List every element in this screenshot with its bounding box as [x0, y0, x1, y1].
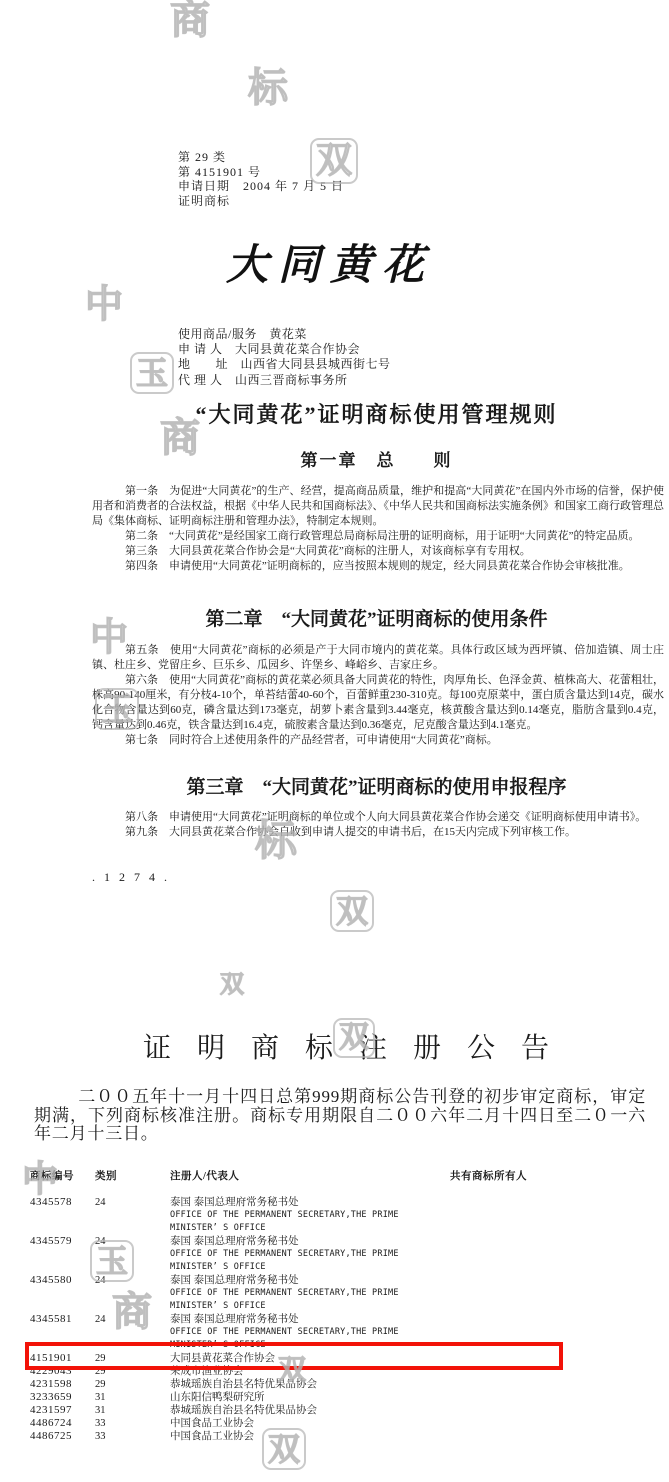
trademark-number: 4231598 — [30, 1378, 95, 1391]
chapter3-articles: 第八条 申请使用“大同黄花”证明商标的单位或个人向大同县黄花菜合作协会递交《证明… — [92, 810, 664, 840]
registrant-name: 泰国 泰国总理府常务秘书处 — [170, 1274, 450, 1287]
registrant-name: 泰国 泰国总理府常务秘书处 — [170, 1313, 450, 1326]
class-number: 33 — [95, 1430, 170, 1443]
chapter1-title: 第一章 总 则 — [90, 446, 663, 471]
header-class: 类别 — [95, 1168, 170, 1183]
article-2: 第二条 “大同黄花”是经国家工商行政管理总局商标局注册的证明商标，用于证明“大同… — [92, 529, 664, 544]
article-6: 第六条 使用“大同黄花”商标的黄花菜必须具备大同黄花的特性，肉厚角长、色泽金黄、… — [92, 673, 664, 733]
table-row: 3233659 31 山东阳信鸭梨研究所 — [30, 1391, 662, 1404]
rules-title: “大同黄花”证明商标使用管理规则 — [90, 398, 663, 429]
chapter2-title: 第二章 “大同黄花”证明商标的使用条件 — [90, 604, 663, 631]
article-3: 第三条 大同县黄花菜合作协会是“大同黄花”商标的注册人，对该商标享有专用权。 — [92, 544, 664, 559]
mark-type-line: 证明商标 — [178, 194, 344, 209]
trademark-calligraphy: 大同黄花 — [90, 232, 570, 292]
registrant-name-en: MINISTER’ S OFFICE — [170, 1222, 450, 1235]
table-row: 4486724 33 中国食品工业协会 — [30, 1417, 662, 1430]
trademark-number: 4486725 — [30, 1430, 95, 1443]
agent-line: 代 理 人 山西三晋商标事务所 — [178, 373, 391, 388]
registrant: 泰国 泰国总理府常务秘书处 OFFICE OF THE PERMANENT SE… — [170, 1196, 450, 1235]
trademark-number: 4345581 — [30, 1313, 95, 1326]
registrant-name-en: OFFICE OF THE PERMANENT SECRETARY,THE PR… — [170, 1287, 450, 1300]
registrant-name-en: OFFICE OF THE PERMANENT SECRETARY,THE PR… — [170, 1326, 450, 1339]
registrant: 恭城瑶族自治县名特优果品协会 — [170, 1404, 450, 1417]
class-number: 33 — [95, 1417, 170, 1430]
class-number: 29 — [95, 1378, 170, 1391]
class-number: 24 — [95, 1313, 170, 1326]
article-4: 第四条 申请使用“大同黄花”证明商标的，应当按照本规则的规定，经大同县黄花菜合作… — [92, 559, 664, 574]
trademark-number: 4231597 — [30, 1404, 95, 1417]
registrant: 中国食品工业协会 — [170, 1430, 450, 1443]
header-registrant: 注册人/代表人 — [170, 1168, 450, 1183]
registrant-name-en: MINISTER’ S OFFICE — [170, 1300, 450, 1313]
registrant-name-en: OFFICE OF THE PERMANENT SECRETARY,THE PR… — [170, 1248, 450, 1261]
applicant-block: 使用商品/服务 黄花菜 申 请 人 大同县黄花菜合作协会 地 址 山西省大同县县… — [178, 327, 391, 388]
registration-table: 商标编号 类别 注册人/代表人 共有商标所有人 4345578 24 泰国 泰国… — [30, 1168, 662, 1443]
document-page: 第 29 类 第 4151901 号 申请日期 2004 年 7 月 5 日 证… — [0, 0, 669, 1482]
header-co-owner: 共有商标所有人 — [450, 1168, 662, 1183]
registrant: 泰国 泰国总理府常务秘书处 OFFICE OF THE PERMANENT SE… — [170, 1274, 450, 1313]
table-row: 4345579 24 泰国 泰国总理府常务秘书处 OFFICE OF THE P… — [30, 1235, 662, 1274]
table-body: 4345578 24 泰国 泰国总理府常务秘书处 OFFICE OF THE P… — [30, 1196, 662, 1443]
class-number: 24 — [95, 1274, 170, 1287]
trademark-number: 4345579 — [30, 1235, 95, 1248]
trademark-number: 3233659 — [30, 1391, 95, 1404]
trademark-info-block: 第 29 类 第 4151901 号 申请日期 2004 年 7 月 5 日 证… — [178, 150, 344, 208]
chapter1-articles: 第一条 为促进“大同黄花”的生产、经营，提高商品质量，维护和提高“大同黄花”在国… — [92, 484, 664, 574]
trademark-number: 4345578 — [30, 1196, 95, 1209]
table-row: 4231598 29 恭城瑶族自治县名特优果品协会 — [30, 1378, 662, 1391]
announcement-intro: 二００五年十一月十四日总第999期商标公告刊登的初步审定商标，审定期满，下列商标… — [34, 1088, 646, 1144]
registrant: 中国食品工业协会 — [170, 1417, 450, 1430]
article-9: 第九条 大同县黄花菜合作协会自收到申请人提交的申请书后，在15天内完成下列审核工… — [92, 825, 664, 840]
article-7: 第七条 同时符合上述使用条件的产品经营者，可申请使用“大同黄花”商标。 — [92, 733, 664, 748]
registrant: 恭城瑶族自治县名特优果品协会 — [170, 1378, 450, 1391]
goods-services-line: 使用商品/服务 黄花菜 — [178, 327, 391, 342]
table-row: 4345580 24 泰国 泰国总理府常务秘书处 OFFICE OF THE P… — [30, 1274, 662, 1313]
registrant-name: 恭城瑶族自治县名特优果品协会 — [170, 1378, 450, 1391]
table-row: 4231597 31 恭城瑶族自治县名特优果品协会 — [30, 1404, 662, 1417]
class-number: 31 — [95, 1404, 170, 1417]
chapter3-title: 第三章 “大同黄花”证明商标的使用申报程序 — [90, 772, 663, 799]
registrant-name: 泰国 泰国总理府常务秘书处 — [170, 1196, 450, 1209]
application-date-line: 申请日期 2004 年 7 月 5 日 — [178, 179, 344, 194]
article-8: 第八条 申请使用“大同黄花”证明商标的单位或个人向大同县黄花菜合作协会递交《证明… — [92, 810, 664, 825]
registrant-name-en: MINISTER’ S OFFICE — [170, 1261, 450, 1274]
table-row: 4345578 24 泰国 泰国总理府常务秘书处 OFFICE OF THE P… — [30, 1196, 662, 1235]
trademark-number: 4486724 — [30, 1417, 95, 1430]
trademark-number: 4345580 — [30, 1274, 95, 1287]
article-5: 第五条 使用“大同黄花”商标的必须是产于大同市境内的黄花菜。具体行政区域为西坪镇… — [92, 643, 664, 673]
registrant-name-en: OFFICE OF THE PERMANENT SECRETARY,THE PR… — [170, 1209, 450, 1222]
address-line: 地 址 山西省大同县县城西街七号 — [178, 357, 391, 372]
highlight-box — [25, 1342, 563, 1370]
table-header-row: 商标编号 类别 注册人/代表人 共有商标所有人 — [30, 1168, 662, 1183]
class-number: 31 — [95, 1391, 170, 1404]
class-line: 第 29 类 — [178, 150, 344, 165]
announcement-title: 证明商标注册公告 — [30, 1026, 662, 1066]
table-row: 4486725 33 中国食品工业协会 — [30, 1430, 662, 1443]
registrant-name: 泰国 泰国总理府常务秘书处 — [170, 1235, 450, 1248]
applicant-line: 申 请 人 大同县黄花菜合作协会 — [178, 342, 391, 357]
registrant: 山东阳信鸭梨研究所 — [170, 1391, 450, 1404]
class-number: 24 — [95, 1196, 170, 1209]
article-1: 第一条 为促进“大同黄花”的生产、经营，提高商品质量，维护和提高“大同黄花”在国… — [92, 484, 664, 529]
registrant-name: 中国食品工业协会 — [170, 1417, 450, 1430]
header-trademark-number: 商标编号 — [30, 1168, 95, 1183]
registrant-name: 中国食品工业协会 — [170, 1430, 450, 1443]
registrant-name: 恭城瑶族自治县名特优果品协会 — [170, 1404, 450, 1417]
registrant-name: 山东阳信鸭梨研究所 — [170, 1391, 450, 1404]
registration-number-line: 第 4151901 号 — [178, 165, 344, 180]
chapter2-articles: 第五条 使用“大同黄花”商标的必须是产于大同市境内的黄花菜。具体行政区域为西坪镇… — [92, 643, 664, 748]
registrant: 泰国 泰国总理府常务秘书处 OFFICE OF THE PERMANENT SE… — [170, 1235, 450, 1274]
class-number: 24 — [95, 1235, 170, 1248]
page-number: . 1 2 7 4 . — [92, 870, 170, 885]
